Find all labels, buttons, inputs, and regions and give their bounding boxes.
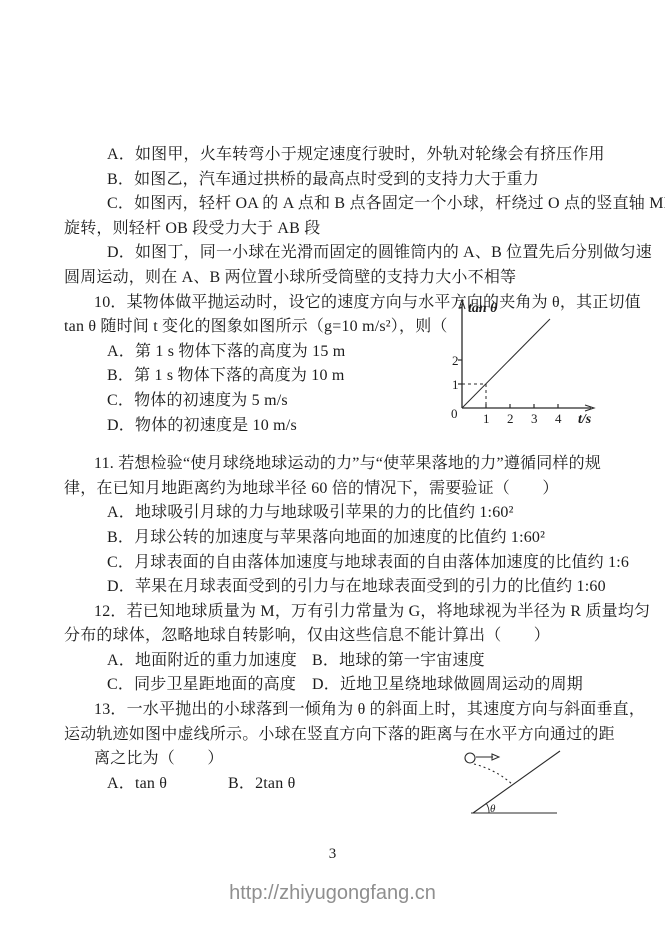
trajectory-dotted-curve [474, 764, 513, 785]
angle-label: θ [490, 803, 496, 815]
q12-option-b: B．地球的第一宇宙速度 [312, 652, 485, 669]
q12-options-row-ab: A．地面附近的重力加速度B．地球的第一宇宙速度 [64, 649, 616, 674]
q9-option-c-line2: 旋转，则轻杆 OB 段受力大于 AB 段 [64, 217, 616, 242]
q11-option-a: A．地球吸引月球的力与地球吸引苹果的力的比值约 1:60² [64, 501, 616, 526]
data-line [462, 319, 550, 408]
x-tick-label-3: 3 [531, 411, 538, 426]
q12-stem-line2: 分布的球体，忽略地球自转影响，仅由这些信息不能计算出（ ） [64, 624, 616, 649]
q13-stem-line1: 13．一水平抛出的小球落到一倾角为 θ 的斜面上时，其速度方向与斜面垂直， [64, 698, 616, 723]
x-axis-label: t/s [578, 412, 592, 427]
q9-option-b: B．如图乙，汽车通过拱桥的最高点时受到的支持力大于重力 [64, 168, 616, 193]
y-tick-label-1: 1 [452, 377, 459, 392]
q12-option-c: C．同步卫星距地面的高度 [107, 673, 312, 698]
x-tick-label-4: 4 [555, 411, 562, 426]
q9-option-d-line1: D．如图丁，同一小球在光滑而固定的圆锥筒内的 A、B 位置先后分别做匀速 [64, 241, 616, 266]
q9-option-d-line2: 圆周运动，则在 A、B 两位置小球所受筒壁的支持力大小不相等 [64, 266, 616, 291]
q13-option-a: A．tan θ [107, 772, 228, 797]
q9-option-c-line1: C．如图丙，轻杆 OA 的 A 点和 B 点各固定一个小球，杆绕过 O 点的竖直… [64, 192, 616, 217]
q13-option-b: B．2tan θ [228, 775, 295, 792]
incline-diagram: θ [447, 742, 577, 827]
y-tick-label-2: 2 [452, 353, 459, 368]
velocity-arrow-head-icon [492, 754, 499, 760]
exam-page: A．如图甲，火车转弯小于规定速度行驶时，外轨对轮缘会有挤压作用 B．如图乙，汽车… [0, 0, 665, 945]
q12-option-a: A．地面附近的重力加速度 [107, 649, 312, 674]
x-tick-label-1: 1 [483, 411, 490, 426]
q12-options-row-cd: C．同步卫星距地面的高度D．近地卫星绕地球做圆周运动的周期 [64, 673, 616, 698]
tan-theta-graph: tan θ t/s 0 1 2 1 2 3 4 [447, 296, 599, 434]
x-tick-label-2: 2 [507, 411, 514, 426]
page-number: 3 [0, 845, 665, 863]
q11-option-b: B．月球公转的加速度与苹果落向地面的加速度的比值约 1:60² [64, 526, 616, 551]
angle-arc [486, 803, 489, 813]
ball-icon [465, 753, 475, 763]
q9-option-a: A．如图甲，火车转弯小于规定速度行驶时，外轨对轮缘会有挤压作用 [64, 143, 616, 168]
q12-stem-line1: 12．若已知地球质量为 M，万有引力常量为 G，将地球视为半径为 R 质量均匀 [64, 600, 616, 625]
watermark-url: http://zhiyugongfang.cn [0, 879, 665, 907]
q11-stem-line1: 11. 若想检验“使月球绕地球运动的力”与“使苹果落地的力”遵循同样的规 [64, 452, 616, 477]
q11-option-c: C．月球表面的自由落体加速度与地球表面的自由落体加速度的比值约 1:6 [64, 551, 616, 576]
q12-option-d: D．近地卫星绕地球做圆周运动的周期 [312, 676, 583, 693]
exam-text-block: A．如图甲，火车转弯小于规定速度行驶时，外轨对轮缘会有挤压作用 B．如图乙，汽车… [64, 143, 616, 796]
q11-option-d: D．苹果在月球表面受到的引力与在地球表面受到的引力的比值约 1:60 [64, 575, 616, 600]
origin-label: 0 [451, 406, 458, 421]
q11-stem-line2: 律，在已知月地距离约为地球半径 60 倍的情况下，需要验证（ ） [64, 477, 616, 502]
y-axis-label: tan θ [468, 301, 498, 316]
